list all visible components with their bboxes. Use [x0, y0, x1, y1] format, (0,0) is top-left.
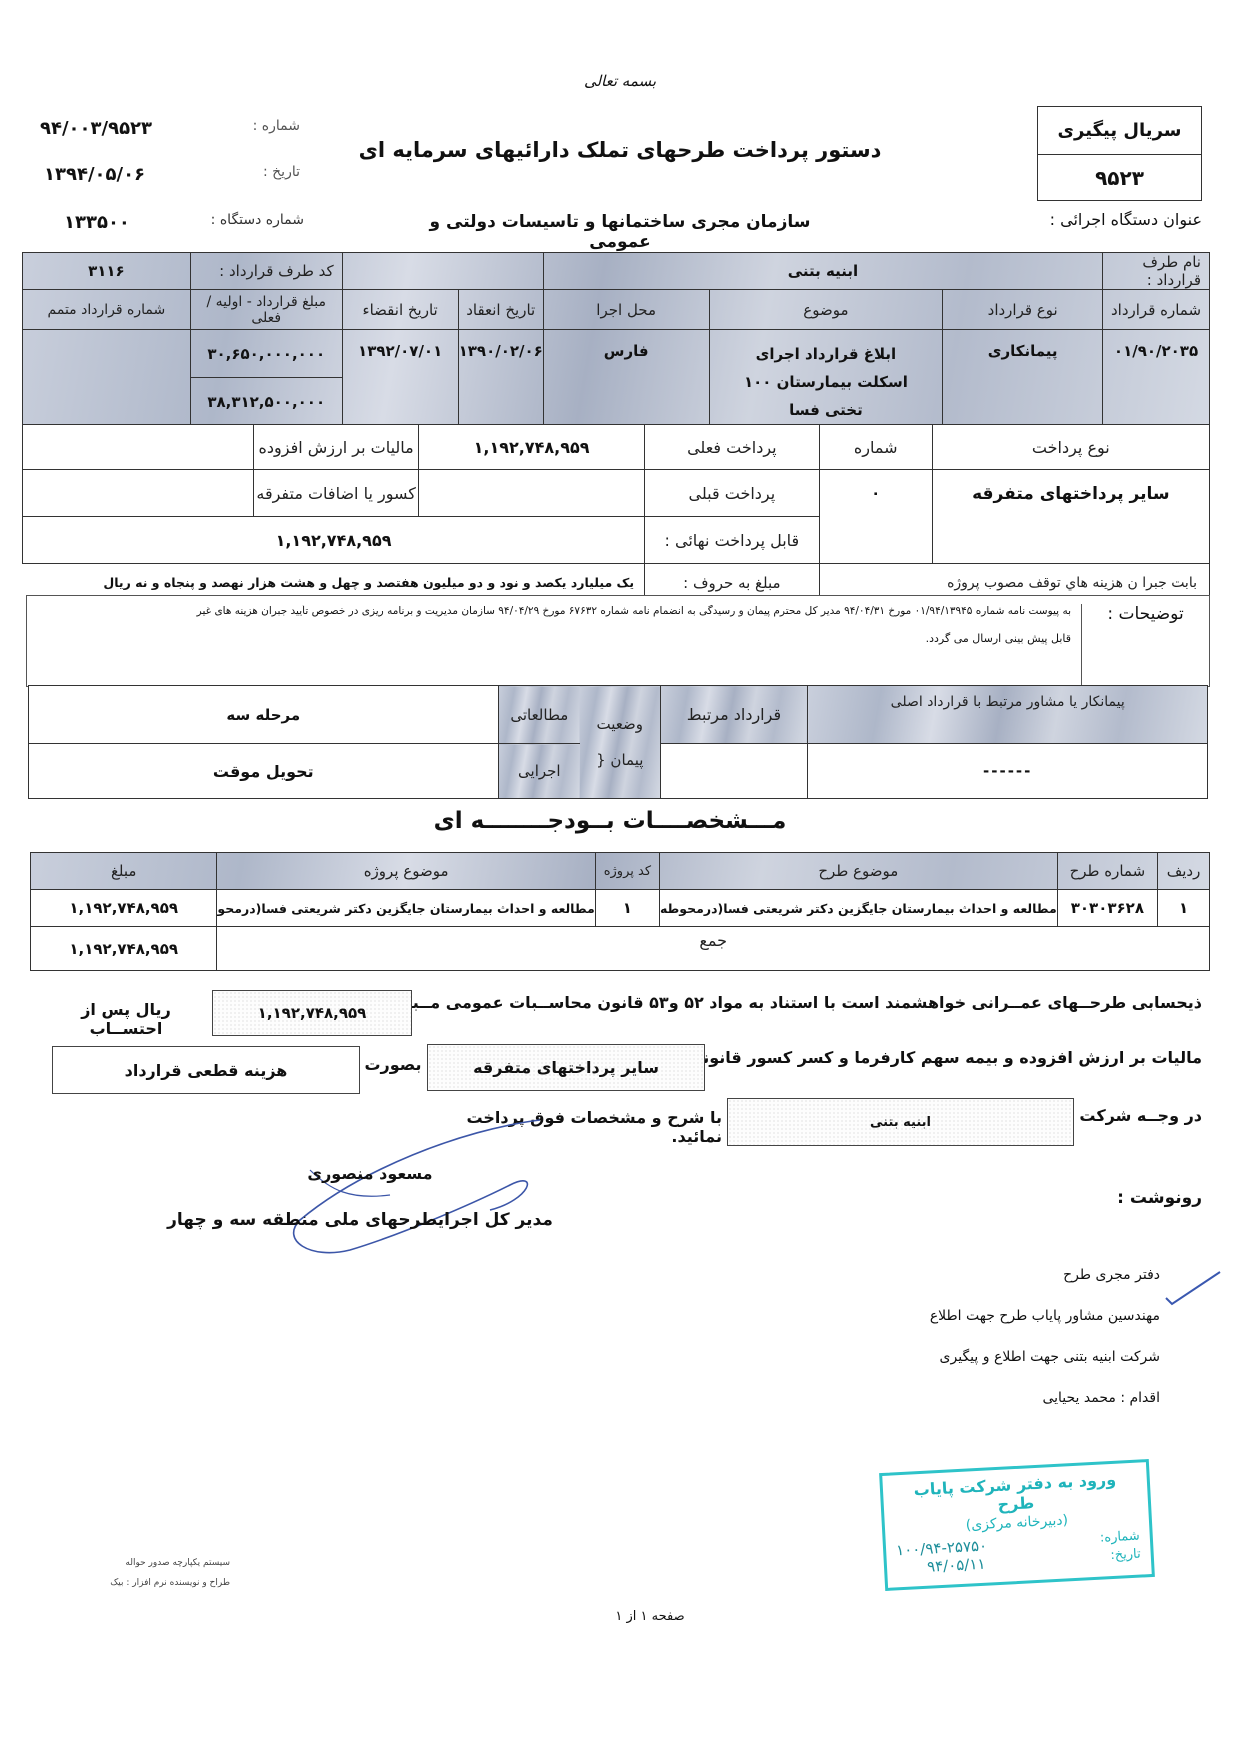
exec-value: تحویل موقت	[29, 744, 499, 799]
tracking-serial-box: سریال پیگیری ۹۵۲۳	[1037, 106, 1202, 201]
instruction-line2: مالیات بر ارزش افزوده و بیمه سهم کارفرما…	[702, 1048, 1202, 1067]
payment-number-value: ۰	[819, 470, 932, 564]
doc-date-label: تاریخ :	[263, 164, 300, 180]
party-code-value: ۳۱۱۶	[23, 253, 191, 290]
budget-plan-subject: مطالعه و احداث بیمارستان جایگزین دکتر شر…	[659, 890, 1057, 927]
signatory-name: مسعود منصوری	[290, 1164, 450, 1183]
instruction-payment-type: سایر پرداختهای متفرقه	[427, 1044, 705, 1091]
copies-list: دفتر مجری طرح مهندسین مشاور پایاب طرح جه…	[820, 1255, 1160, 1419]
doc-date-field: تاریخ : ۱۳۹۴/۰۵/۰۶	[44, 164, 300, 188]
location-value: فارس	[543, 330, 709, 426]
status-label: وضعیت پیمان {	[580, 686, 660, 799]
consultant-label: پیمانکار یا مشاور مرتبط با قرارداد اصلی	[808, 686, 1208, 744]
payment-table: نوع پرداخت شماره پرداخت فعلی ۱,۱۹۲,۷۴۸,۹…	[22, 424, 1210, 602]
deductions-value	[23, 470, 254, 517]
party-name-value: ابنیه بتنی	[543, 253, 1102, 290]
contract-type-value: پیمانکاری	[943, 330, 1103, 426]
party-code-label: کد طرف قرارداد :	[190, 253, 342, 290]
budget-col-amount: مبلغ	[31, 853, 217, 890]
final-payable-label: قابل پرداخت نهائی :	[645, 517, 820, 564]
related-contract-label: قرارداد مرتبط	[660, 686, 808, 744]
notes-label: توضیحات :	[1081, 604, 1209, 688]
contract-number-value: ۰۱/۹۰/۲۰۳۵	[1103, 330, 1210, 426]
checkmark-icon	[1164, 1268, 1224, 1308]
exec-label: اجرایی	[498, 744, 580, 799]
current-payment-label: پرداخت فعلی	[645, 425, 820, 470]
org-name: سازمان مجری ساختمانها و تاسیسات دولتی و …	[400, 212, 840, 252]
deductions-label: کسور یا اضافات متفرقه	[254, 470, 419, 517]
instruction-payee-label: در وجــه شرکت	[1072, 1106, 1202, 1125]
doc-number-field: شماره : ۹۴/۰۰۳/۹۵۲۳	[40, 118, 300, 142]
col-expiry-date: تاریخ انقضاء	[342, 290, 458, 330]
doc-date-value: ۱۳۹۴/۰۵/۰۶	[44, 164, 145, 185]
notes-box: توضیحات : به پیوست نامه شماره ۰۱/۹۴/۱۳۹۴…	[26, 595, 1210, 687]
page-number: صفحه ۱ از ۱	[580, 1609, 720, 1624]
party-name-label: نام طرف قرارداد :	[1103, 253, 1210, 290]
signature-scribble-icon	[240, 1110, 560, 1270]
budget-project-subject: مطالعه و احداث بیمارستان جایگزین دکتر شر…	[217, 890, 595, 927]
budget-col-row: ردیف	[1158, 853, 1210, 890]
budget-col-project-code: کد پروژه	[595, 853, 659, 890]
budget-col-project-subject: موضوع پروژه	[217, 853, 595, 890]
signatory-title: مدیر کل اجرایطرحهای ملی منطقه سه و چهار	[160, 1210, 560, 1230]
study-value: مرحله سه	[29, 686, 499, 744]
doc-number-label: شماره :	[253, 118, 300, 134]
budget-row: ۱ ۳۰۳۰۳۶۲۸ مطالعه و احداث بیمارستان جایگ…	[31, 890, 1210, 927]
consultant-value: ------	[808, 744, 1208, 799]
supplement-number-value	[23, 330, 191, 426]
col-supplement-number: شماره قرارداد متمم	[23, 290, 191, 330]
budget-plan-no: ۳۰۳۰۳۶۲۸	[1057, 890, 1157, 927]
instruction-as-value: هزینه قطعی قرارداد	[52, 1046, 360, 1094]
budget-total-label: جمع	[217, 927, 1210, 971]
related-contract-value	[660, 744, 808, 799]
device-number-value: ۱۳۳۵۰۰	[64, 212, 130, 233]
payment-type-value: سایر پرداختهای متفرقه	[932, 470, 1209, 564]
blank-cell	[342, 253, 543, 290]
contract-brace-label: پیمان {	[580, 742, 659, 778]
page-title: دستور پرداخت طرحهای تملک دارائیهای سرمای…	[300, 138, 940, 162]
contract-table: نام طرف قرارداد : ابنیه بتنی کد طرف قرار…	[22, 252, 1210, 426]
status-label-text: وضعیت	[580, 706, 659, 742]
device-number-label: شماره دستگاه :	[211, 212, 304, 228]
col-amount: مبلغ قرارداد - اولیه / فعلی	[190, 290, 342, 330]
footer-system: سیستم یکپارچه صدور حواله طراح و نویسنده …	[60, 1553, 230, 1593]
subject-value: ابلاغ قرارداد اجرای اسکلت بیمارستان ۱۰۰ …	[709, 330, 943, 426]
footer-system-line1: سیستم یکپارچه صدور حواله	[60, 1553, 230, 1573]
footer-system-line2: طراح و نویسنده نرم افزار : بیک	[60, 1573, 230, 1593]
budget-section-title: مـــشخصــــات بــودجــــــــه ای	[330, 808, 890, 834]
col-location: محل اجرا	[543, 290, 709, 330]
final-payable-value: ۱,۱۹۲,۷۴۸,۹۵۹	[23, 517, 645, 564]
previous-payment-label: پرداخت قبلی	[645, 470, 820, 517]
device-number-field: شماره دستگاه : ۱۳۳۵۰۰	[64, 212, 304, 236]
budget-col-plan-no: شماره طرح	[1057, 853, 1157, 890]
tracking-serial-value: ۹۵۲۳	[1038, 155, 1201, 201]
notes-line2: قابل پیش بینی ارسال می گردد.	[926, 632, 1071, 645]
copy-item: شرکت ابنیه بتنی جهت اطلاع و پیگیری	[820, 1337, 1160, 1378]
payment-number-label: شماره	[819, 425, 932, 470]
instruction-as-label: بصورت	[364, 1055, 422, 1074]
col-subject: موضوع	[709, 290, 943, 330]
stamp-date-value: ۹۴/۰۵/۱۱	[927, 1555, 986, 1576]
vat-value	[23, 425, 254, 470]
instruction-payee-value: ابنیه بتنی	[727, 1098, 1074, 1146]
budget-row-number: ۱	[1158, 890, 1210, 927]
budget-col-plan-subject: موضوع طرح	[659, 853, 1057, 890]
copy-item: اقدام : محمد یحیایی	[820, 1378, 1160, 1419]
sign-date-value: ۱۳۹۰/۰۲/۰۶	[458, 330, 543, 426]
notes-line1: به پیوست نامه شماره ۰۱/۹۴/۱۳۹۴۵ مورخ ۹۴/…	[33, 605, 1071, 617]
budget-total-value: ۱,۱۹۲,۷۴۸,۹۵۹	[31, 927, 217, 971]
amount-initial-value: ۳۰,۶۵۰,۰۰۰,۰۰۰	[190, 330, 342, 378]
budget-table: ردیف شماره طرح موضوع طرح کد پروژه موضوع …	[30, 852, 1210, 971]
amount-current-value: ۳۸,۳۱۲,۵۰۰,۰۰۰	[190, 378, 342, 426]
copies-label: رونوشت :	[1117, 1188, 1202, 1208]
budget-amount: ۱,۱۹۲,۷۴۸,۹۵۹	[31, 890, 217, 927]
copy-item: مهندسین مشاور پایاب طرح جهت اطلاع	[820, 1296, 1160, 1337]
vat-label: مالیات بر ارزش افزوده	[254, 425, 419, 470]
doc-number-value: ۹۴/۰۰۳/۹۵۲۳	[40, 118, 152, 139]
budget-project-code: ۱	[595, 890, 659, 927]
receipt-stamp: ورود به دفتر شرکت پایاب طرح (دبیرخانه مر…	[879, 1459, 1155, 1591]
instruction-amount: ۱,۱۹۲,۷۴۸,۹۵۹	[212, 990, 412, 1036]
col-contract-number: شماره قرارداد	[1103, 290, 1210, 330]
stamp-date-label: تاریخ:	[1110, 1547, 1141, 1567]
copy-item: دفتر مجری طرح	[820, 1255, 1160, 1296]
status-table: پیمانکار یا مشاور مرتبط با قرارداد اصلی …	[28, 685, 1208, 799]
previous-payment-value	[419, 470, 645, 517]
stamp-number-label: شماره:	[1100, 1529, 1141, 1549]
basmala: بسمه تعالی	[520, 72, 720, 90]
current-payment-value: ۱,۱۹۲,۷۴۸,۹۵۹	[419, 425, 645, 470]
tracking-serial-label: سریال پیگیری	[1038, 107, 1201, 155]
expiry-date-value: ۱۳۹۲/۰۷/۰۱	[342, 330, 458, 426]
org-label: عنوان دستگاه اجرائی :	[1050, 210, 1202, 229]
instruction-line1-suffix: ریال پس از احتســاب	[46, 1000, 206, 1038]
instruction-line1: ذیحسابی طرحــهای عمــرانی خواهشمند است ب…	[412, 993, 1202, 1012]
payment-type-label: نوع پرداخت	[932, 425, 1209, 470]
col-sign-date: تاریخ انعقاد	[458, 290, 543, 330]
col-contract-type: نوع قرارداد	[943, 290, 1103, 330]
study-label: مطالعاتی	[498, 686, 580, 744]
